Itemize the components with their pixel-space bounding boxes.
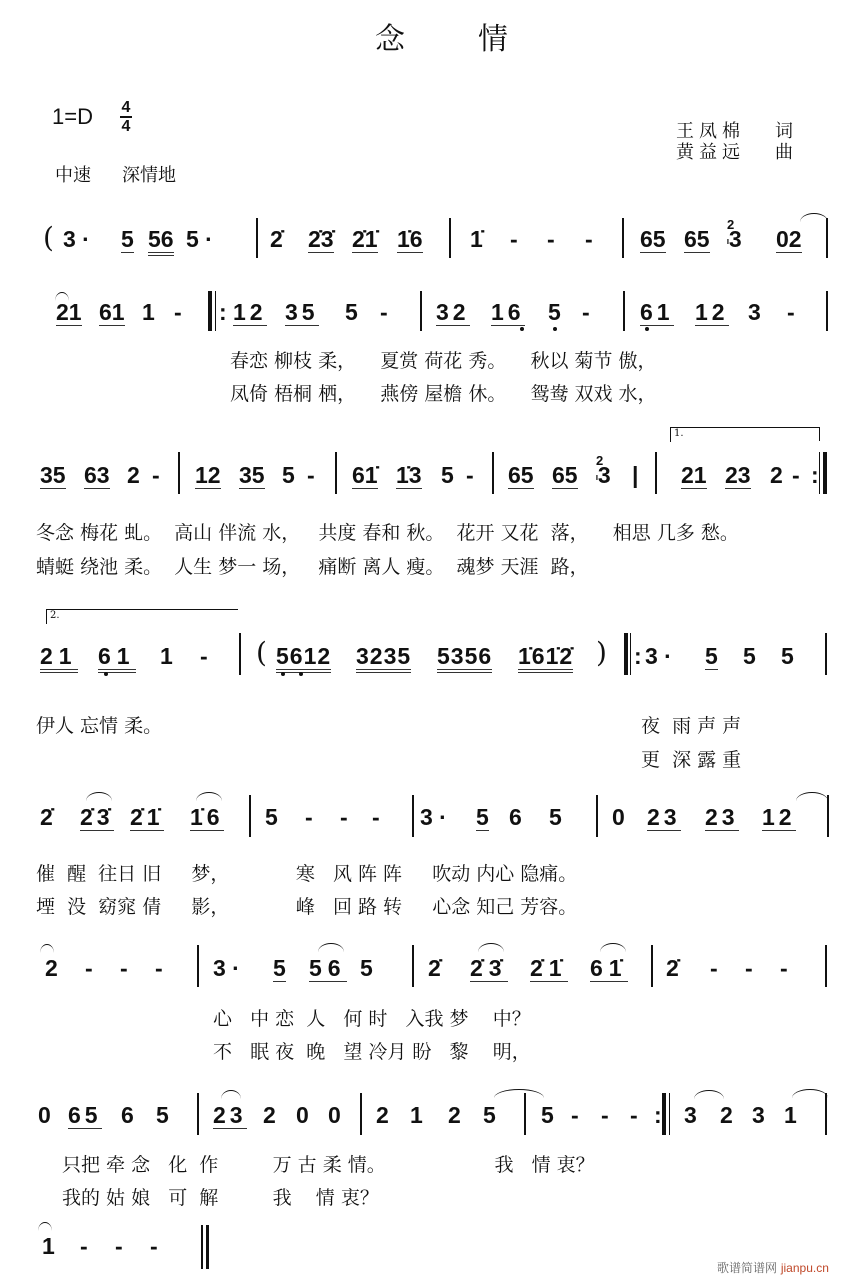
note: 5 (476, 804, 489, 831)
lower-octave-dot (553, 327, 557, 331)
dash: - (630, 1102, 638, 1128)
note: 02 (776, 226, 802, 253)
note: 32 (436, 299, 470, 326)
note: 1 (142, 299, 155, 325)
dash: - (372, 804, 380, 830)
dash: - (155, 955, 163, 981)
note: 65 (640, 226, 666, 253)
note: 5 (781, 643, 794, 669)
note: 23 (705, 804, 739, 831)
dash: - (120, 955, 128, 981)
barline (412, 945, 414, 987)
note: 23 (647, 804, 681, 831)
note: 61̇ (590, 955, 628, 982)
note: 23 (213, 1102, 247, 1129)
note: 2 (376, 1102, 389, 1128)
note: 5 (441, 462, 454, 488)
lyrics-verse-1: 春恋 柳枝 柔， 夏赏 荷花 秀。 秋以 菊节 傲， (230, 346, 657, 373)
note: 0 (38, 1102, 51, 1128)
repeat-end-thin (819, 452, 820, 494)
note: 2̇ (270, 226, 283, 252)
lyrics-verse-1: 冬念 梅花 虬。 高山 伴流 水， 共度 春和 秋。 花开 又花 落， 相思 几… (36, 518, 739, 545)
note: 5 (360, 955, 373, 981)
barline (825, 1093, 827, 1135)
time-signature: 4 4 (120, 100, 132, 134)
first-ending-bracket: 1. (670, 427, 820, 442)
note: 5 (743, 643, 756, 669)
composer-role: 曲 (775, 138, 793, 164)
open-parenthesis: ( (43, 221, 54, 254)
barline (178, 452, 180, 494)
note: 12 (195, 462, 221, 489)
barline (596, 795, 598, 837)
final-barline-thin (201, 1225, 203, 1269)
lyrics-verse-1: 只把 牵 念 化 作 万 古 柔 情。 我 情 衷？ (62, 1150, 595, 1177)
repeat-end-thick (662, 1093, 666, 1135)
dash: - (174, 299, 182, 325)
dash: - (780, 955, 788, 981)
dash: - (340, 804, 348, 830)
note: 3 · (63, 226, 90, 252)
note: 0 (612, 804, 625, 830)
note: 6 (121, 1102, 134, 1128)
slur (478, 943, 504, 952)
note: 3 · (645, 643, 672, 669)
note: 5 (121, 226, 134, 253)
barline (249, 795, 251, 837)
dash: - (115, 1233, 123, 1259)
tie (494, 1089, 544, 1098)
note: 3235 (356, 643, 411, 673)
repeat-dots: : (634, 643, 642, 669)
grace-note: 2ᶥ3 (596, 462, 611, 492)
note: 3 (748, 299, 761, 325)
barline (622, 218, 624, 258)
note: 12 (762, 804, 796, 831)
tie (40, 944, 54, 953)
barline (492, 452, 494, 494)
note: 2 (45, 955, 58, 981)
repeat-end-thick (823, 452, 827, 494)
barline (256, 218, 258, 258)
note: 3 · (420, 804, 447, 830)
note: 2̇1̇ (130, 804, 164, 831)
note: 5 (705, 643, 718, 670)
dash: - (710, 955, 718, 981)
dash: - (305, 804, 313, 830)
note: 63 (84, 462, 110, 489)
dash: - (307, 462, 315, 488)
lyrics-verse-2: 更 深 露 重 (641, 745, 741, 772)
final-barline-thick (206, 1225, 209, 1269)
dash: - (510, 226, 518, 252)
dash: | (632, 462, 638, 488)
slur (221, 1090, 241, 1099)
repeat-start-thin (215, 291, 216, 331)
open-parenthesis: ( (256, 636, 267, 669)
note: 5 (548, 299, 561, 325)
note: 2̇1̇ (352, 226, 378, 253)
dash: - (150, 1233, 158, 1259)
lyrics-verse-2: 不 眠 夜 晚 望 冷月 盼 黎 明， (213, 1037, 531, 1064)
repeat-start-thin (630, 633, 631, 675)
dash: - (200, 643, 208, 669)
song-title-char-2: 情 (478, 14, 508, 58)
note: 35 (40, 462, 66, 489)
barline (197, 945, 199, 987)
note: 5 (156, 1102, 169, 1128)
composer-name: 黄益远 (676, 138, 745, 164)
note: 5356 (437, 643, 492, 673)
note: 21 (681, 462, 707, 489)
note: 2 (770, 462, 783, 488)
note: 61 (99, 299, 125, 326)
dash: - (547, 226, 555, 252)
dash: - (85, 955, 93, 981)
tie (792, 1089, 828, 1098)
lower-octave-dot (299, 672, 303, 676)
note: 61̇ (352, 462, 378, 489)
repeat-start-thick (624, 633, 628, 675)
second-ending-bracket: 2. (46, 609, 238, 624)
slur (694, 1090, 724, 1099)
note: 1 (42, 1233, 55, 1259)
note: 5 · (186, 226, 213, 252)
note: 65 (508, 462, 534, 489)
note: 1 (160, 643, 173, 669)
note: 5 (273, 955, 286, 982)
note: 5 (483, 1102, 496, 1128)
barline (412, 795, 414, 837)
note: 12 (695, 299, 729, 326)
note: 2̇1̇ (530, 955, 568, 982)
note: 2̇ (666, 955, 679, 981)
volta-end (819, 427, 820, 441)
note: 2 (263, 1102, 276, 1128)
note: 61 (98, 643, 136, 673)
note: 5 (345, 299, 358, 325)
note: 3 · (213, 955, 240, 981)
note: 65 (684, 226, 710, 253)
note: 61 (640, 299, 674, 326)
dash: - (571, 1102, 579, 1128)
lyrics-verse-1: 夜 雨 声 声 (641, 711, 741, 738)
slur (196, 792, 222, 801)
barline (655, 452, 657, 494)
lyrics-verse-2: 我的 姑 娘 可 解 我 情 衷？ (62, 1183, 379, 1210)
repeat-end-thin (669, 1093, 670, 1135)
lower-octave-dot (520, 327, 524, 331)
note: 1 (410, 1102, 423, 1128)
note: 56 (148, 226, 174, 256)
dash: - (787, 299, 795, 325)
barline (826, 291, 828, 331)
dash: - (380, 299, 388, 325)
dash: - (585, 226, 593, 252)
tempo-marking: 中速 (55, 161, 91, 187)
barline (197, 1093, 199, 1135)
note: 1̇6 (397, 226, 423, 253)
dash: - (152, 462, 160, 488)
expression-marking: 深情地 (122, 161, 176, 187)
barline (524, 1093, 526, 1135)
barline (420, 291, 422, 331)
note: 2̇ (40, 804, 53, 830)
note: 16 (491, 299, 525, 326)
barline (825, 945, 827, 987)
note: 0 (328, 1102, 341, 1128)
barline (335, 452, 337, 494)
note: 65 (68, 1102, 102, 1129)
note: 5612 (276, 643, 331, 673)
barline (827, 795, 829, 837)
lyrics-shared: 伊人 忘情 柔。 (36, 711, 162, 738)
dash: - (601, 1102, 609, 1128)
lower-octave-dot (281, 672, 285, 676)
watermark: 歌谱简谱网 jianpu.cn (717, 1259, 829, 1276)
lower-octave-dot (104, 672, 108, 676)
note: 1̇3 (396, 462, 422, 489)
note: 5 (549, 804, 562, 830)
barline (623, 291, 625, 331)
song-title-char-1: 念 (375, 14, 405, 58)
note: 1̇ (470, 226, 483, 252)
note: 2 (448, 1102, 461, 1128)
dash: - (792, 462, 800, 488)
note: 5 (265, 804, 278, 830)
barline (651, 945, 653, 987)
note: 0 (296, 1102, 309, 1128)
note: 3 (752, 1102, 765, 1128)
note: 35 (285, 299, 319, 326)
note: 21 (56, 299, 82, 326)
note: 56 (309, 955, 347, 982)
note: 21 (40, 643, 78, 673)
lower-octave-dot (645, 327, 649, 331)
note: 5 (541, 1102, 554, 1128)
lyrics-verse-1: 催 醒 往日 旧 梦， 寒 风 阵 阵 吹动 内心 隐痛。 (36, 859, 577, 886)
note: 65 (552, 462, 578, 489)
note: 2̇ (428, 955, 441, 981)
barline (360, 1093, 362, 1135)
note: 2̇3̇ (308, 226, 334, 253)
dash: - (745, 955, 753, 981)
note: 1 (784, 1102, 797, 1128)
note: 1̇61̇2̇ (518, 643, 573, 673)
note: 6 (509, 804, 522, 830)
repeat-dots: : (654, 1102, 662, 1128)
tie (800, 213, 828, 222)
slur (600, 943, 626, 952)
note: 12 (233, 299, 267, 326)
lyrics-verse-2: 堙 没 窈窕 倩 影， 峰 回 路 转 心念 知己 芳容。 (36, 892, 577, 919)
note: 2 (720, 1102, 733, 1128)
key-signature: 1=D (52, 104, 93, 130)
repeat-dots: : (811, 462, 819, 488)
note: 1̇6 (190, 804, 224, 831)
slur (318, 943, 344, 952)
close-parenthesis: ) (596, 636, 607, 669)
time-signature-bottom: 4 (122, 118, 131, 135)
dash: - (80, 1233, 88, 1259)
dash: - (582, 299, 590, 325)
note: 5 (282, 462, 295, 488)
slur (86, 792, 112, 801)
lyrics-verse-2: 蜻蜓 绕池 柔。 人生 梦一 场， 痛断 离人 瘦。 魂梦 天涯 路， (36, 552, 589, 579)
time-signature-top: 4 (122, 99, 131, 116)
barline (825, 633, 827, 675)
note: 35 (239, 462, 265, 489)
note: 23 (725, 462, 751, 489)
note: 2 (127, 462, 140, 488)
watermark-url: jianpu.cn (781, 1261, 829, 1275)
barline (826, 218, 828, 258)
note: 2̇3̇ (470, 955, 508, 982)
repeat-dots: : (219, 299, 227, 325)
note: 2̇3̇ (80, 804, 114, 831)
lyrics-verse-1: 心 中 恋 人 何 时 入我 梦 中？ (213, 1004, 531, 1031)
barline (449, 218, 451, 258)
tie (796, 792, 828, 801)
watermark-site-name: 歌谱简谱网 (717, 1261, 777, 1275)
grace-note: 2ᶥ3 (727, 226, 742, 256)
barline (239, 633, 241, 675)
note: 3 (684, 1102, 697, 1128)
tie (38, 1222, 52, 1231)
lyrics-verse-2: 凤倚 梧桐 栖， 燕傍 屋檐 休。 鸳鸯 双戏 水， (230, 379, 657, 406)
dash: - (466, 462, 474, 488)
repeat-start-thick (208, 291, 212, 331)
